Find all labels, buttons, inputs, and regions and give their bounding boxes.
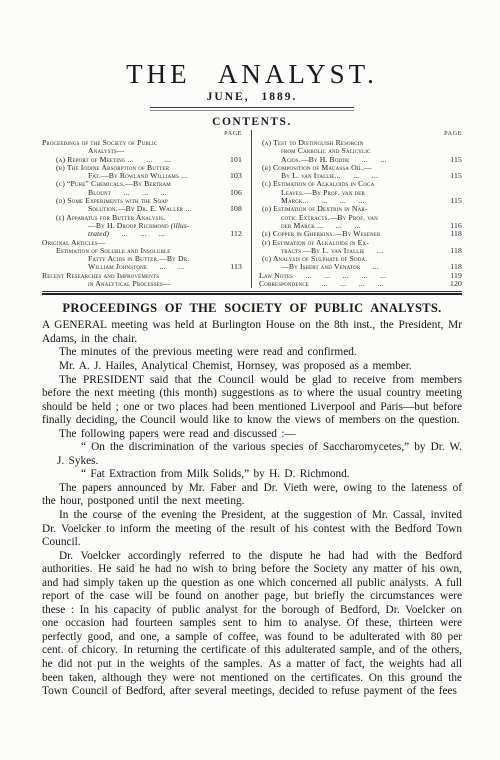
toc-entry-text: (d) Estimation of Dextrin in Nar- [262,205,368,213]
toc-entry-line: (e) Apparatus for Butter Analysis. [42,214,242,222]
toc-page-number: 103 [227,172,242,180]
table-of-contents: PAGE Proceedings of the Society of Publi… [42,130,462,288]
journal-title: THE ANALYST. [42,60,462,88]
toc-entry-text: cotic Extracts.—By Prof. van [281,214,378,222]
toc-entry-text: Acids.—By H. Bodde ... ... [281,156,387,164]
toc-entry-line: Fatty Acids in Butter.—By Dr. [42,255,242,263]
toc-entry-line: Recent Researches and Improvements [42,272,242,280]
toc-entry-line: Analysts— [42,147,242,155]
masthead-double-rule [150,107,354,111]
toc-page-number: 106 [227,189,242,197]
issue-date: JUNE, 1889. [42,91,462,104]
toc-entry-text: Leaves.—By Prof. van der [281,189,365,197]
body-paragraph: The following papers were read and discu… [42,428,462,442]
toc-entry-line: Marck... ... ... ...115 [259,197,462,205]
toc-entry-line: tracts.—By L. van Itallie ...118 [259,247,462,255]
toc-page-number: 115 [447,172,462,180]
toc-entry-line: (g) Analysis of Sulphate of Soda. [259,255,462,263]
toc-entry-text: —By H. Droop Richmond (illus- [88,222,190,230]
toc-entry-line: (d) Some Experiments with the Soap [42,197,242,205]
toc-entry-text: trated) ... ... ... [88,230,165,238]
toc-entry-line: Estimation of Soluble and Insoluble [42,247,242,255]
toc-entry-text: Analysts— [88,147,125,155]
article-heading: PROCEEDINGS OF THE SOCIETY OF PUBLIC ANA… [42,301,462,315]
printed-area: THE ANALYST. JUNE, 1889. CONTENTS. PAGE … [42,60,462,699]
toc-entry-text: Fat.—By Rowland Williams ... [88,172,187,180]
toc-entry-text: (a) Test to Distinguish Resorcin [262,139,363,147]
toc-entry-text: Fatty Acids in Butter.—By Dr. [88,255,189,263]
toc-entry-line: in Analytical Processes— [42,280,242,288]
page-column-label-right: PAGE [259,130,462,137]
contents-bottom-double-rule [42,291,462,295]
toc-right-entries: (a) Test to Distinguish Resorcinfrom Car… [259,139,462,288]
toc-entry-line: cotic Extracts.—By Prof. van [259,214,462,222]
toc-page-number: 108 [227,205,242,213]
toc-entry-text: Estimation of Soluble and Insoluble [56,247,170,255]
toc-column-left: PAGE Proceedings of the Society of Publi… [42,130,252,288]
toc-entry-line: Blount ... ... ...106 [42,189,242,197]
page-column-label-left: PAGE [42,130,242,137]
toc-entry-line: Solution.—By Dr. E. Waller ...108 [42,205,242,213]
toc-entry-line: —By Isbert and Venator ...118 [259,263,462,271]
body-paragraph: Mr. A. J. Hailes, Analytical Chemist, Ho… [42,360,462,374]
toc-entry-line: Fat.—By Rowland Williams ...103 [42,172,242,180]
toc-entry-line: (b) The Iodine Absorption of Butter [42,164,242,172]
toc-page-number: 118 [447,247,462,255]
toc-entry-line: By L. van Itallie... ... ...115 [259,172,462,180]
toc-entry-text: —By Isbert and Venator ... [281,263,379,271]
toc-entry-line: from Carbolic and Salicylic [259,147,462,155]
toc-entry-text: (d) Some Experiments with the Soap [56,197,168,205]
toc-entry-line: (a) Report of Meeting ... ... ...101 [42,156,242,164]
toc-entry-line: Law Notes ... ... ... ... ...119 [259,272,462,280]
toc-entry-text: Correspondence ... ... ... ... [259,280,384,288]
toc-entry-line: der Marck ... ... ...116 [259,222,462,230]
toc-entry-text: Proceedings of the Society of Public [42,139,157,147]
toc-page-number: 101 [227,156,242,164]
contents-heading: CONTENTS. [42,116,462,128]
toc-entry-text: Blount ... ... ... [88,189,167,197]
toc-page-number: 118 [447,230,462,238]
toc-page-number: 115 [447,197,462,205]
toc-entry-line: Original Articles— [42,239,242,247]
toc-entry-text: der Marck ... ... ... [281,222,361,230]
toc-entry-line: (f) Estimation of Alkaloids in Ex- [259,239,462,247]
toc-entry-text: (e) Apparatus for Butter Analysis. [56,214,165,222]
toc-entry-line: (e) Copper in Gherkins.—By Wesener118 [259,230,462,238]
toc-entry-text: William Johnstone ... ... [88,263,184,271]
toc-entry-line: (d) Estimation of Dextrin in Nar- [259,205,462,213]
toc-entry-text: Law Notes ... ... ... ... ... [259,272,386,280]
toc-entry-text: (e) Copper in Gherkins.—By Wesener [262,230,381,238]
toc-entry-text: in Analytical Processes— [88,280,171,288]
body-paragraph: The papers announced by Mr. Faber and Dr… [42,482,462,509]
toc-entry-text: Original Articles— [42,239,106,247]
toc-entry-text: (a) Report of Meeting ... ... ... [56,156,171,164]
toc-entry-text: (f) Estimation of Alkaloids in Ex- [262,239,369,247]
toc-entry-line: (c) “Pure” Chemicals.—By Bertram [42,180,242,188]
toc-entry-text: from Carbolic and Salicylic [281,147,371,155]
toc-entry-text: Marck... ... ... ... [281,197,365,205]
toc-entry-text: (c) “Pure” Chemicals.—By Bertram [56,180,171,188]
toc-entry-line: Leaves.—By Prof. van der [259,189,462,197]
toc-left-entries: Proceedings of the Society of PublicAnal… [42,139,242,288]
toc-page-number: 120 [447,280,462,288]
toc-page-number: 115 [447,156,462,164]
toc-entry-text: Recent Researches and Improvements [42,272,159,280]
toc-column-right: PAGE (a) Test to Distinguish Resorcinfro… [252,130,462,288]
toc-entry-line: (c) Estimation of Alkaloids in Coca [259,180,462,188]
toc-entry-text: tracts.—By L. van Itallie ... [281,247,383,255]
article-body: A GENERAL meeting was held at Burlington… [42,319,462,698]
toc-entry-line: (b) Composition of Macassa Oil.— [259,164,462,172]
scanned-journal-page: THE ANALYST. JUNE, 1889. CONTENTS. PAGE … [0,0,500,760]
body-paragraph: The minutes of the previous meeting were… [42,346,462,360]
toc-page-number: 113 [227,263,242,271]
toc-entry-text: (b) The Iodine Absorption of Butter [56,164,169,172]
toc-entry-line: trated) ... ... ...112 [42,230,242,238]
body-paragraph: Dr. Voelcker accordingly referred to the… [42,550,462,699]
body-paragraph: A GENERAL meeting was held at Burlington… [42,319,462,346]
toc-entry-text: Solution.—By Dr. E. Waller ... [88,205,191,213]
toc-entry-line: Proceedings of the Society of Public [42,139,242,147]
toc-entry-line: —By H. Droop Richmond (illus- [42,222,242,230]
toc-entry-line: Acids.—By H. Bodde ... ...115 [259,156,462,164]
toc-entry-text: (b) Composition of Macassa Oil.— [262,164,372,172]
body-paragraph: “ On the discrimination of the various s… [42,441,462,468]
toc-entry-text: (c) Estimation of Alkaloids in Coca [262,180,374,188]
body-paragraph: In the course of the evening the Preside… [42,509,462,550]
toc-entry-line: Correspondence ... ... ... ...120 [259,280,462,288]
toc-entry-line: (a) Test to Distinguish Resorcin [259,139,462,147]
toc-entry-text: By L. van Itallie... ... ... [281,172,378,180]
body-paragraph: “ Fat Extraction from Milk Solids,” by H… [42,468,462,482]
toc-entry-line: William Johnstone ... ...113 [42,263,242,271]
toc-page-number: 112 [227,230,242,238]
toc-entry-text: (g) Analysis of Sulphate of Soda. [262,255,367,263]
body-paragraph: The PRESIDENT said that the Council woul… [42,374,462,428]
